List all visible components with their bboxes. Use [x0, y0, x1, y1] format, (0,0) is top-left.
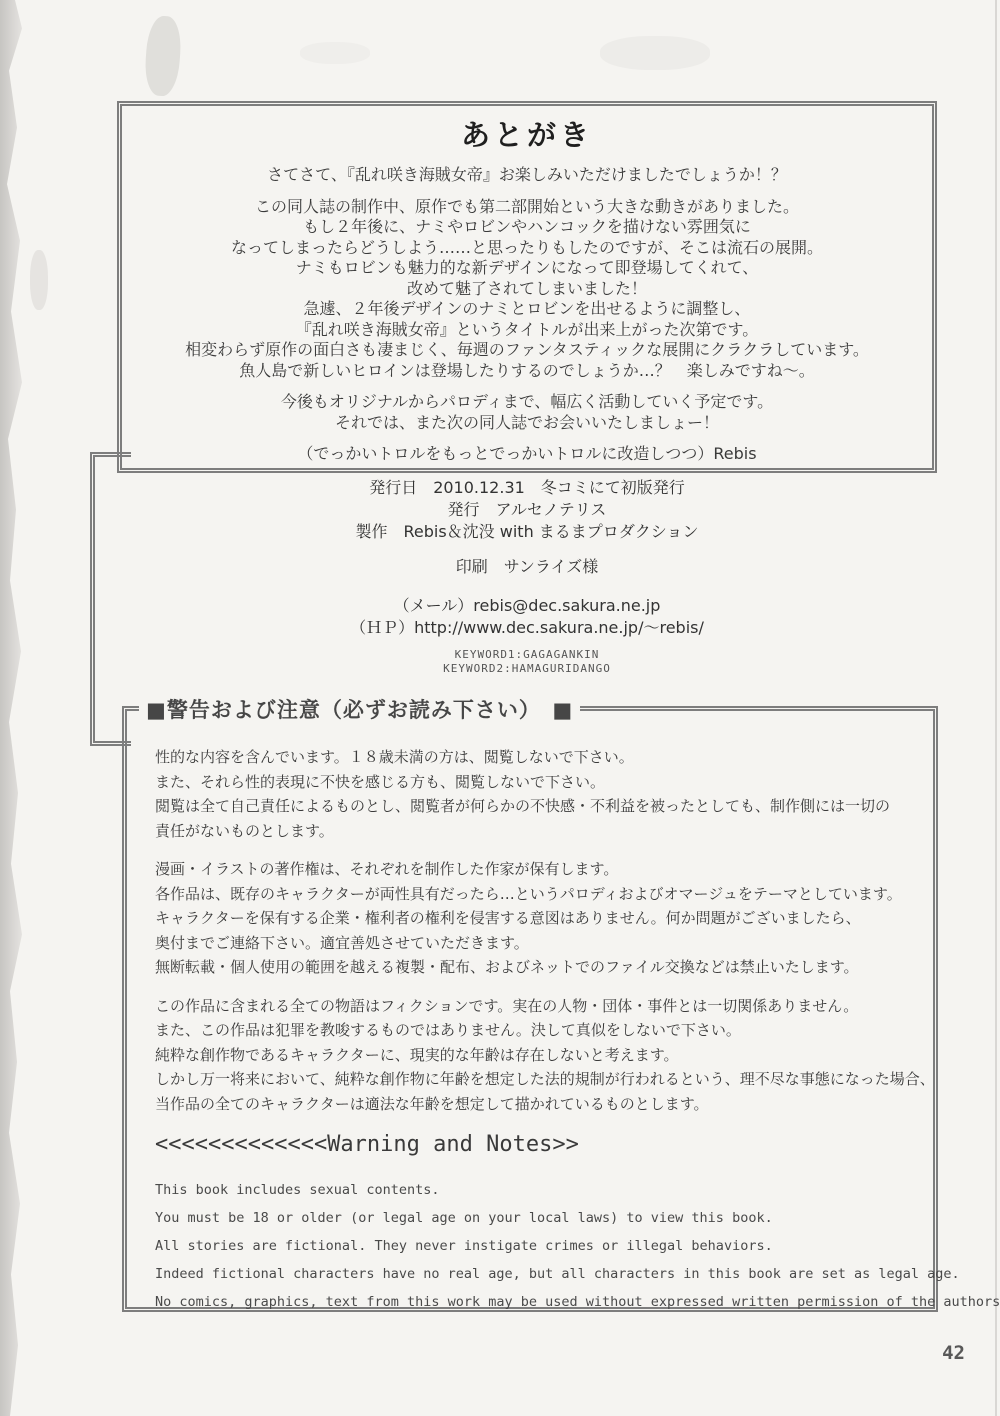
warning-line: キャラクターを保有する企業・権利者の権利を侵害する意図はありません。何か問題がご…: [155, 906, 907, 931]
warning-english-line: All stories are fictional. They never in…: [155, 1232, 907, 1260]
spacer: [122, 381, 932, 392]
warning-english-line: This book includes sexual contents.: [155, 1176, 907, 1204]
keywords: KEYWORD1:GAGAGANKIN KEYWORD2:HAMAGURIDAN…: [117, 648, 937, 676]
warning-paragraph-copyright: 漫画・イラストの著作権は、それぞれを制作した作家が保有します。 各作品は、既存の…: [155, 857, 907, 980]
scanned-doujinshi-page: あとがき さてさて、『乱れ咲き海賊女帝』お楽しみいただけましたでしょうか！？ こ…: [0, 0, 1000, 1416]
warning-line: 漫画・イラストの著作権は、それぞれを制作した作家が保有します。: [155, 857, 907, 882]
warning-line: 当作品の全てのキャラクターは適法な年齢を想定して描かれているものとします。: [155, 1092, 907, 1117]
spacer: [117, 578, 937, 595]
colophon: 発行日 2010.12.31 冬コミにて初版発行 発行 アルセノテリス 製作 R…: [117, 477, 937, 676]
spacer: [117, 543, 937, 556]
scan-smudge: [600, 36, 710, 70]
warning-english-line: You must be 18 or older (or legal age on…: [155, 1204, 907, 1232]
warning-line: 責任がないものとします。: [155, 819, 907, 844]
afterword-line: 改めて魅了されてしまいました！: [122, 279, 932, 300]
colophon-production: 製作 Rebis＆沈没 with まるまプロダクション: [117, 521, 937, 543]
colophon-homepage-url: （ＨＰ）http://www.dec.sakura.ne.jp/～rebis/: [117, 617, 937, 639]
afterword-box: あとがき さてさて、『乱れ咲き海賊女帝』お楽しみいただけましたでしょうか！？ こ…: [117, 101, 937, 473]
torn-paper-edge: [0, 0, 26, 1416]
afterword-title: あとがき: [122, 113, 932, 154]
colophon-publisher: 発行 アルセノテリス: [117, 499, 937, 521]
afterword-line: 『乱れ咲き海賊女帝』というタイトルが出来上がった次第です。: [122, 320, 932, 341]
afterword-line: さてさて、『乱れ咲き海賊女帝』お楽しみいただけましたでしょうか！？: [122, 165, 932, 186]
warning-line: 無断転載・個人使用の範囲を越える複製・配布、およびネットでのファイル交換などは禁…: [155, 955, 907, 980]
spacer: [122, 433, 932, 444]
warning-english-header: <<<<<<<<<<<<<Warning and Notes>>: [155, 1133, 907, 1158]
warning-line: この作品に含まれる全ての物語はフィクションです。実在の人物・団体・事件とは一切関…: [155, 994, 907, 1019]
warning-body: 性的な内容を含んでいます。１８歳未満の方は、閲覧しないで下さい。 また、それら性…: [127, 711, 933, 1316]
warning-line: 閲覧は全て自己責任によるものとし、閲覧者が何らかの不快感・不利益を被ったとしても…: [155, 794, 907, 819]
warning-english-notes: This book includes sexual contents. You …: [155, 1176, 907, 1316]
warning-header: ■警告および注意（必ずお読み下さい） ■: [139, 694, 580, 724]
warning-english-line: No comics, graphics, text from this work…: [155, 1288, 907, 1316]
afterword-line: 相変わらず原作の面白さも凄まじく、毎週のファンタスティックな展開にクラクラしてい…: [122, 340, 932, 361]
warning-paragraph-viewing: 性的な内容を含んでいます。１８歳未満の方は、閲覧しないで下さい。 また、それら性…: [155, 745, 907, 843]
warning-line: また、この作品は犯罪を教唆するものではありません。決して真似をしないで下さい。: [155, 1018, 907, 1043]
scan-smudge: [300, 42, 370, 64]
warning-line: 純粋な創作物であるキャラクターに、現実的な年齢は存在しないと考えます。: [155, 1043, 907, 1068]
warning-line: しかし万一将来において、純粋な創作物に年齢を想定した法的規制が行われるという、理…: [155, 1067, 907, 1092]
afterword-line: 今後もオリジナルからパロディまで、幅広く活動していく予定です。: [122, 392, 932, 413]
warning-english-line: Indeed fictional characters have no real…: [155, 1260, 907, 1288]
afterword-line: この同人誌の制作中、原作でも第二部開始という大きな動きがありました。: [122, 197, 932, 218]
afterword-line: ナミもロビンも魅力的な新デザインになって即登場してくれて、: [122, 258, 932, 279]
afterword-signature: （でっかいトロルをもっとでっかいトロルに改造しつつ）Rebis: [122, 444, 932, 465]
colophon-publish-date: 発行日 2010.12.31 冬コミにて初版発行: [117, 477, 937, 499]
colophon-printer: 印刷 サンライズ様: [117, 556, 937, 578]
scan-right-edge: [995, 0, 997, 1416]
afterword-line: 魚人島で新しいヒロインは登場したりするのでしょうか…？ 楽しみですね～。: [122, 361, 932, 382]
spacer: [122, 186, 932, 197]
keyword-line: KEYWORD1:GAGAGANKIN: [117, 648, 937, 662]
warning-line: 奥付までご連絡下さい。適宜善処させていただきます。: [155, 931, 907, 956]
warning-line: 各作品は、既存のキャラクターが両性具有だったら…というパロディおよびオマージュを…: [155, 882, 907, 907]
scan-smudge: [143, 15, 182, 97]
warning-box: ■警告および注意（必ずお読み下さい） ■ 性的な内容を含んでいます。１８歳未満の…: [122, 706, 938, 1312]
afterword-line: もし２年後に、ナミやロビンやハンコックを描けない雰囲気に: [122, 217, 932, 238]
warning-line: また、それら性的表現に不快を感じる方も、閲覧しないで下さい。: [155, 770, 907, 795]
scan-smudge: [30, 250, 48, 310]
afterword-line: なってしまったらどうしよう……と思ったりもしたのですが、そこは流石の展開。: [122, 238, 932, 259]
colophon-email: （メール）rebis@dec.sakura.ne.jp: [117, 595, 937, 617]
warning-paragraph-fiction: この作品に含まれる全ての物語はフィクションです。実在の人物・団体・事件とは一切関…: [155, 994, 907, 1117]
afterword-line: それでは、また次の同人誌でお会いいたしましょー！: [122, 413, 932, 434]
afterword-line: 急遽、２年後デザインのナミとロビンを出せるように調整し、: [122, 299, 932, 320]
page-number: 42: [942, 1342, 965, 1364]
warning-line: 性的な内容を含んでいます。１８歳未満の方は、閲覧しないで下さい。: [155, 745, 907, 770]
keyword-line: KEYWORD2:HAMAGURIDANGO: [117, 662, 937, 676]
